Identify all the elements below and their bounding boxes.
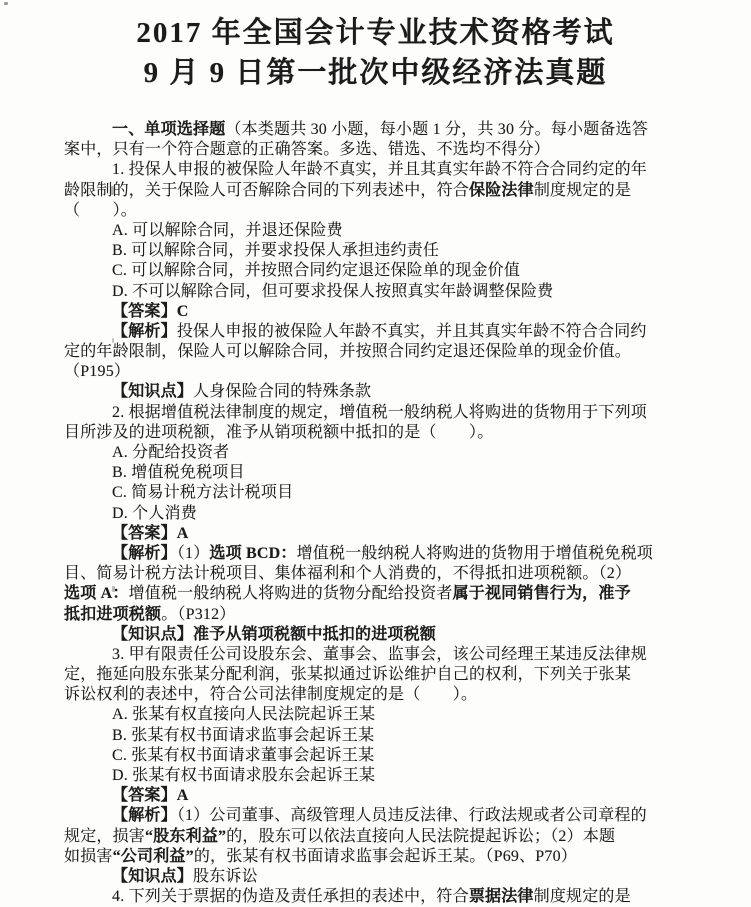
q3-stem-cont-segment: 定，拖延向股东张某分配利润，张某拟通过诉讼维护自己的权利，下列关于张某 <box>64 666 631 683</box>
q3-stem-segment: 3. 甲有限责任公司设股东会、董事会、监事会，该公司经理王某违反法律规 <box>112 646 647 663</box>
section-heading-segment: （本类题共 30 小题，每小题 1 分，共 30 分。每小题备选答 <box>225 121 648 138</box>
q3-analysis: 【解析】（1）公司董事、高级管理人员违反法律、行政法规或者公司章程的 <box>64 806 711 826</box>
q3-option-a: A. 张某有权直接向人民法院起诉王某 <box>64 705 711 725</box>
q1-stem-cont-segment: 保险法律 <box>469 182 534 199</box>
q2-analysis-segment: （1） <box>177 545 210 562</box>
scan-speck <box>4 2 8 5</box>
q2-analysis-segment: 选项 BCD： <box>209 545 296 562</box>
q2-analysis-cont-3-segment: 抵扣进项税额 <box>64 606 161 623</box>
q3-option-d: D. 张某有权书面请求股东会起诉王某 <box>64 766 711 786</box>
scan-speck <box>112 586 115 592</box>
q2-analysis-cont-2-segment: 选项 A： <box>64 585 129 602</box>
title-line-1: 2017 年全国会计专业技术资格考试 <box>0 13 751 53</box>
q2-analysis-segment: 增值税一般纳税人将购进的货物用于增值税免税项 <box>297 545 653 562</box>
q3-option-b-segment: B. 张某有权书面请求监事会起诉王某 <box>112 727 374 744</box>
q2-analysis-cont-2: 选项 A：增值税一般纳税人将购进的货物分配给投资者属于视同销售行为，准予 <box>64 584 711 604</box>
q2-option-b: B. 增值税免税项目 <box>64 463 711 483</box>
q2-option-c-segment: C. 简易计税方法计税项目 <box>112 484 293 501</box>
q2-option-a: A. 分配给投资者 <box>64 443 711 463</box>
q4-stem-segment: 票据法律 <box>469 888 534 905</box>
q1-stem-cont-segment: 制度规定的是 <box>534 182 631 199</box>
q2-stem-segment: 2. 根据增值税法律制度的规定，增值税一般纳税人将购进的货物用于下列项 <box>112 404 647 421</box>
q4-stem-segment: 制度规定的是 <box>534 888 631 905</box>
scan-speck <box>111 186 114 195</box>
scan-speck <box>112 338 114 343</box>
q2-stem-cont-segment: 目所涉及的进项税额，准予从销项税额中抵扣的是（ ）。 <box>64 424 493 441</box>
q1-answer-segment: 【答案】C <box>112 303 189 320</box>
q1-option-b: B. 可以解除合同，并要求投保人承担违约责任 <box>64 241 711 261</box>
section-heading-cont-segment: 案中，只有一个符合题意的正确答案。多选、错选、不选均不得分） <box>64 141 550 158</box>
q1-option-b-segment: B. 可以解除合同，并要求投保人承担违约责任 <box>112 242 439 259</box>
q2-analysis-cont: 目、简易计税方法计税项目、集体福利和个人消费的，不得抵扣进项税额。（2） <box>64 564 711 584</box>
q1-stem-cont: 龄限制的，关于保险人可否解除合同的下列表述中，符合保险法律制度规定的是 <box>64 181 711 201</box>
q1-stem-cont-2: （ ）。 <box>64 201 711 221</box>
document-body: 一、单项选择题（本类题共 30 小题，每小题 1 分，共 30 分。每小题备选答… <box>64 120 711 907</box>
q3-knowledge-point: 【知识点】股东诉讼 <box>64 867 711 887</box>
q3-option-b: B. 张某有权书面请求监事会起诉王某 <box>64 726 711 746</box>
q3-knowledge-point-segment: 【知识点】 <box>112 868 193 885</box>
q3-analysis-cont-segment: 的，股东可以依法直接向人民法院提起诉讼；（2）本题 <box>226 828 615 845</box>
q2-analysis-cont-3: 抵扣进项税额。（P312） <box>64 605 711 625</box>
q3-analysis-cont: 规定，损害“股东利益”的，股东可以依法直接向人民法院提起诉讼；（2）本题 <box>64 827 711 847</box>
q3-analysis-cont-2-segment: “公司利益” <box>113 848 194 865</box>
q3-analysis-cont-2: 如损害“公司利益”的，张某有权书面请求监事会起诉王某。（P69、P70） <box>64 847 711 867</box>
q3-analysis-cont-segment: “股东利益” <box>145 828 226 845</box>
q3-stem-cont: 定，拖延向股东张某分配利润，张某拟通过诉讼维护自己的权利，下列关于张某 <box>64 665 711 685</box>
q2-option-c: C. 简易计税方法计税项目 <box>64 483 711 503</box>
q1-analysis-segment: 【解析】 <box>112 323 177 340</box>
section-heading-cont: 案中，只有一个符合题意的正确答案。多选、错选、不选均不得分） <box>64 140 711 160</box>
q1-option-a-segment: A. 可以解除合同，并退还保险费 <box>112 222 343 239</box>
q1-analysis-cont-segment: 定的年龄限制，保险人可以解除合同，并按照合同约定退还保险单的现金价值。 <box>64 343 631 360</box>
q1-option-a: A. 可以解除合同，并退还保险费 <box>64 221 711 241</box>
q1-analysis: 【解析】投保人申报的被保险人年龄不真实，并且其真实年龄不符合合同约 <box>64 322 711 342</box>
q3-stem-cont-2: 诉讼权利的表述中，符合公司法律制度规定的是（ ）。 <box>64 685 711 705</box>
q3-option-a-segment: A. 张某有权直接向人民法院起诉王某 <box>112 706 375 723</box>
q3-analysis-segment: （1）公司董事、高级管理人员违反法律、行政法规或者公司章程的 <box>177 807 647 824</box>
section-heading: 一、单项选择题（本类题共 30 小题，每小题 1 分，共 30 分。每小题备选答 <box>64 120 711 140</box>
q3-knowledge-point-segment: 股东诉讼 <box>193 868 258 885</box>
q1-stem-cont-2-segment: （ ）。 <box>64 202 137 219</box>
q3-answer: 【答案】A <box>64 786 711 806</box>
q4-stem-segment: 4. 下列关于票据的伪造及责任承担的表述中，符合 <box>112 888 469 905</box>
q3-stem-cont-2-segment: 诉讼权利的表述中，符合公司法律制度规定的是（ ）。 <box>64 686 477 703</box>
q2-knowledge-point: 【知识点】准予从销项税额中抵扣的进项税额 <box>64 625 711 645</box>
q2-analysis-cont-2-segment: 增值税一般纳税人将购进的货物分配给投资者 <box>129 585 453 602</box>
q1-analysis-segment: 投保人申报的被保险人年龄不真实，并且其真实年龄不符合合同约 <box>177 323 647 340</box>
q2-analysis-cont-segment: 目、简易计税方法计税项目、集体福利和个人消费的，不得抵扣进项税额。（2） <box>64 565 631 582</box>
q2-stem: 2. 根据增值税法律制度的规定，增值税一般纳税人将购进的货物用于下列项 <box>64 403 711 423</box>
q1-option-d-segment: D. 不可以解除合同，但可要求投保人按照真实年龄调整保险费 <box>112 283 553 300</box>
q3-option-d-segment: D. 张某有权书面请求股东会起诉王某 <box>112 767 375 784</box>
document-title: 2017 年全国会计专业技术资格考试 9 月 9 日第一批次中级经济法真题 <box>0 0 751 93</box>
q3-analysis-cont-2-segment: 的，张某有权书面请求监事会起诉王某。（P69、P70） <box>194 848 577 865</box>
section-heading-segment: 一、单项选择题 <box>112 121 225 138</box>
q1-option-c: C. 可以解除合同，并按照合同约定退还保险单的现金价值 <box>64 261 711 281</box>
q2-analysis-cont-2-segment: 属于视同销售行为，准予 <box>453 585 631 602</box>
q3-stem: 3. 甲有限责任公司设股东会、董事会、监事会，该公司经理王某违反法律规 <box>64 645 711 665</box>
q3-option-c-segment: C. 张某有权书面请求董事会起诉王某 <box>112 747 374 764</box>
q3-analysis-cont-2-segment: 如损害 <box>64 848 113 865</box>
q1-analysis-cont: 定的年龄限制，保险人可以解除合同，并按照合同约定退还保险单的现金价值。 <box>64 342 711 362</box>
q2-analysis-segment: 【解析】 <box>112 545 177 562</box>
q2-stem-cont: 目所涉及的进项税额，准予从销项税额中抵扣的是（ ）。 <box>64 423 711 443</box>
q2-answer-segment: 【答案】A <box>112 525 189 542</box>
q1-knowledge-point: 【知识点】人身保险合同的特殊条款 <box>64 382 711 402</box>
q3-answer-segment: 【答案】A <box>112 787 189 804</box>
q1-stem-segment: 1. 投保人申报的被保险人年龄不真实，并且其真实年龄不符合合同约定的年 <box>112 161 647 178</box>
title-line-2: 9 月 9 日第一批次中级经济法真题 <box>0 53 751 93</box>
q1-analysis-ref: （P195） <box>64 362 711 382</box>
q2-answer: 【答案】A <box>64 524 711 544</box>
q3-option-c: C. 张某有权书面请求董事会起诉王某 <box>64 746 711 766</box>
q2-analysis-cont-3-segment: 。（P312） <box>161 606 235 623</box>
q1-option-d: D. 不可以解除合同，但可要求投保人按照真实年龄调整保险费 <box>64 282 711 302</box>
q3-analysis-cont-segment: 规定，损害 <box>64 828 145 845</box>
q1-analysis-ref-segment: （P195） <box>64 363 130 380</box>
q1-stem-cont-segment: 龄限制的，关于保险人可否解除合同的下列表述中，符合 <box>64 182 469 199</box>
q2-knowledge-point-segment: 【知识点】准予从销项税额中抵扣的进项税额 <box>112 626 436 643</box>
q1-knowledge-point-segment: 【知识点】 <box>112 383 193 400</box>
q3-analysis-segment: 【解析】 <box>112 807 177 824</box>
q2-option-d-segment: D. 个人消费 <box>112 505 197 522</box>
q4-stem: 4. 下列关于票据的伪造及责任承担的表述中，符合票据法律制度规定的是 <box>64 887 711 907</box>
exam-page: 2017 年全国会计专业技术资格考试 9 月 9 日第一批次中级经济法真题 一、… <box>0 0 751 907</box>
q2-option-d: D. 个人消费 <box>64 504 711 524</box>
q2-option-b-segment: B. 增值税免税项目 <box>112 464 245 481</box>
q1-stem: 1. 投保人申报的被保险人年龄不真实，并且其真实年龄不符合合同约定的年 <box>64 160 711 180</box>
q1-answer: 【答案】C <box>64 302 711 322</box>
q2-option-a-segment: A. 分配给投资者 <box>112 444 229 461</box>
q1-knowledge-point-segment: 人身保险合同的特殊条款 <box>193 383 371 400</box>
q1-option-c-segment: C. 可以解除合同，并按照合同约定退还保险单的现金价值 <box>112 262 520 279</box>
q2-analysis: 【解析】（1）选项 BCD：增值税一般纳税人将购进的货物用于增值税免税项 <box>64 544 711 564</box>
